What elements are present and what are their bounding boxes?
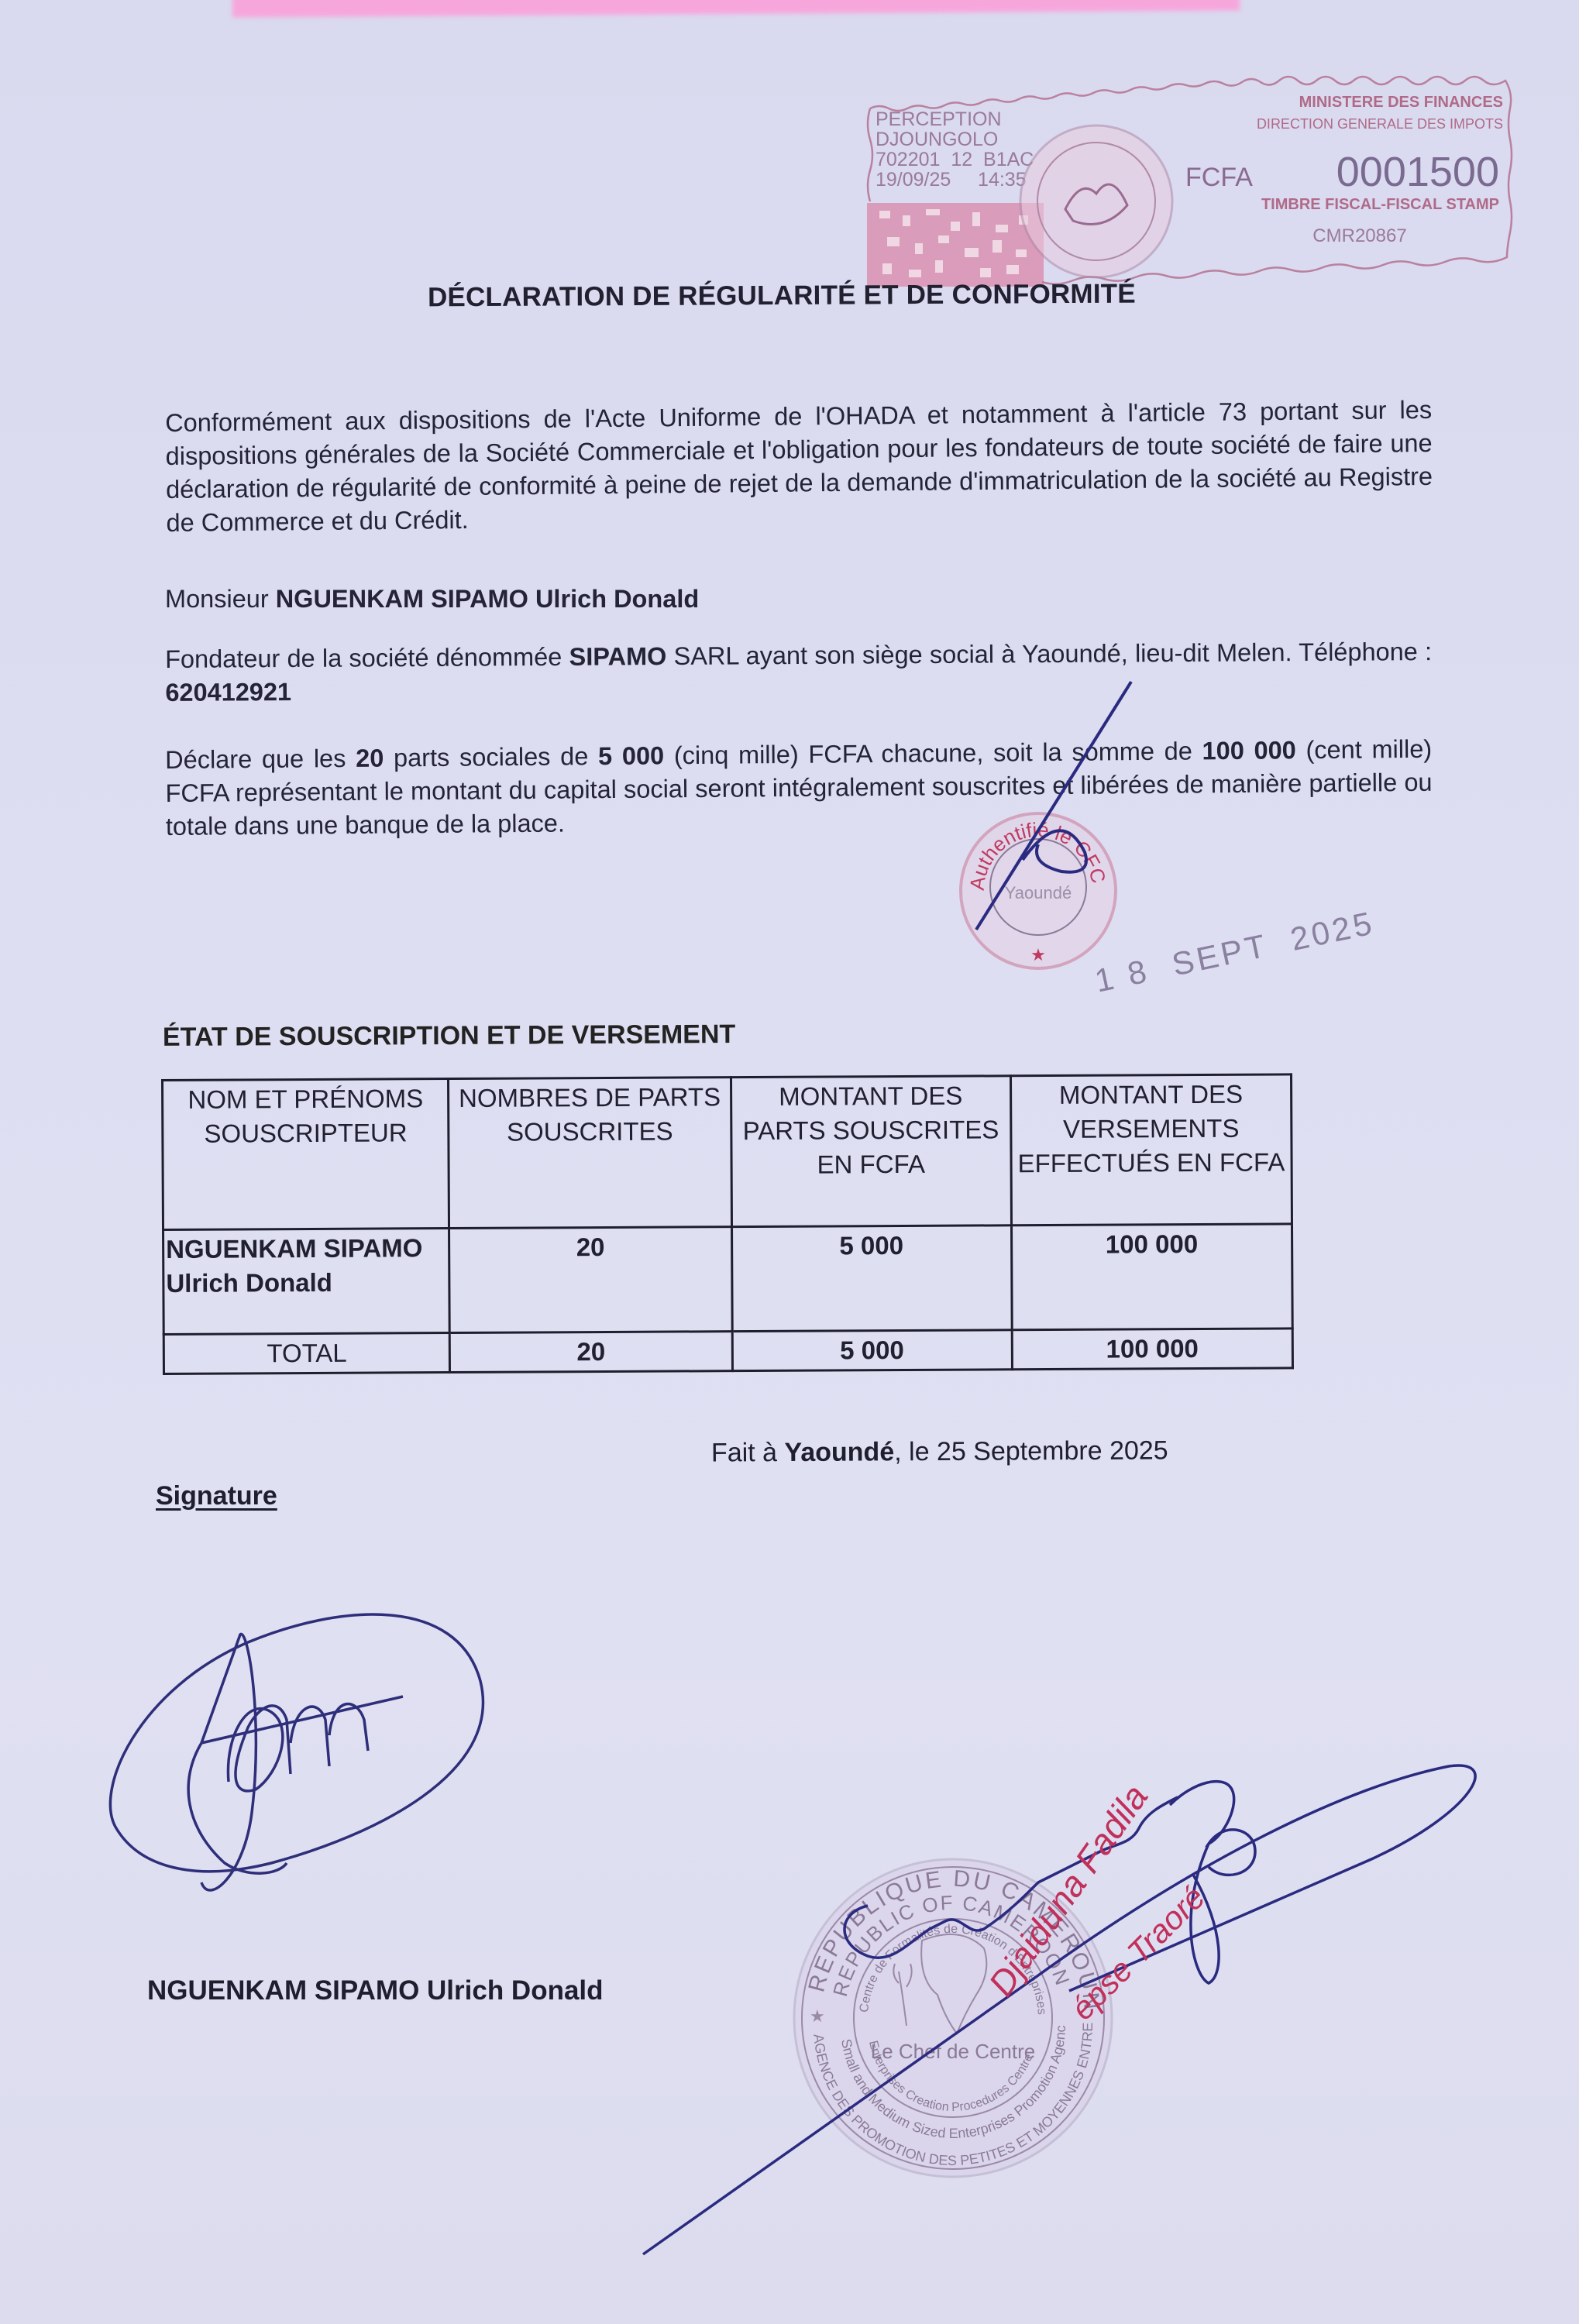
phone-number: 620412921 <box>165 678 291 706</box>
cell-total-shares: 20 <box>450 1332 732 1373</box>
cell-shares-amount: 5 000 <box>731 1226 1012 1332</box>
cell-total-payments: 100 000 <box>1012 1329 1293 1370</box>
place-city: Yaoundé <box>784 1437 894 1467</box>
svg-text:PERCEPTION: PERCEPTION <box>876 108 1002 130</box>
table-row: NGUENKAM SIPAMO Ulrich Donald 20 5 000 1… <box>163 1224 1293 1335</box>
svg-text:CMR20867: CMR20867 <box>1312 225 1406 246</box>
date-text: , le 25 Septembre 2025 <box>894 1435 1168 1466</box>
svg-text:19/09/25 14:35: 19/09/25 14:35 <box>876 169 1027 191</box>
company-name: SIPAMO <box>569 642 666 671</box>
svg-text:MINISTERE DES FINANCES: MINISTERE DES FINANCES <box>1299 94 1503 111</box>
svg-text:0001500: 0001500 <box>1336 149 1499 195</box>
header-subscriber-name: NOM ET PRÉNOMS SOUSCRIPTEUR <box>163 1079 449 1230</box>
fiscal-stamp: PERCEPTION DJOUNGOLO 702201 12 B1AC 19/0… <box>864 77 1522 287</box>
svg-text:702201 12 B1AC: 702201 12 B1AC <box>876 149 1034 170</box>
place-date: Fait à Yaoundé, le 25 Septembre 2025 <box>711 1435 1168 1468</box>
cell-payments-amount: 100 000 <box>1011 1224 1292 1330</box>
cell-total-shares-amount: 5 000 <box>732 1330 1012 1371</box>
cfce-initial-signature <box>968 682 1154 937</box>
cameroon-emblem-icon <box>1020 125 1172 277</box>
declaration-text: Déclare que les <box>165 744 356 774</box>
declarant-line: Monsieur NGUENKAM SIPAMO Ulrich Donald <box>165 583 1432 616</box>
place-prefix: Fait à <box>711 1438 785 1467</box>
svg-text:DJOUNGOLO: DJOUNGOLO <box>876 129 998 150</box>
founder-text: Fondateur de la société dénommée <box>165 643 569 673</box>
header-payments-amount: MONTANT DES VERSEMENTS EFFECTUÉS EN FCFA <box>1010 1074 1292 1226</box>
table-header-row: NOM ET PRÉNOMS SOUSCRIPTEUR NOMBRES DE P… <box>163 1074 1292 1230</box>
signer-name: NGUENKAM SIPAMO Ulrich Donald <box>147 1975 604 2006</box>
declarant-prefix: Monsieur <box>165 585 276 613</box>
official-signature: Djaiduna Fadila épse Traoré <box>635 1743 1472 2270</box>
declarant-name: NGUENKAM SIPAMO Ulrich Donald <box>276 585 700 613</box>
capital-total: 100 000 <box>1202 736 1296 765</box>
founder-paragraph: Fondateur de la société dénommée SIPAMO … <box>165 635 1432 710</box>
star-icon: ★ <box>1030 945 1046 964</box>
header-shares-amount: MONTANT DES PARTS SOUSCRITES EN FCFA <box>731 1076 1011 1227</box>
svg-text:TIMBRE FISCAL-FISCAL STAMP: TIMBRE FISCAL-FISCAL STAMP <box>1261 196 1499 213</box>
cell-shares-count: 20 <box>449 1227 732 1333</box>
founder-signature <box>93 1596 496 1929</box>
founder-text-2: SARL ayant son siège social à Yaoundé, l… <box>666 638 1432 670</box>
signature-label: Signature <box>156 1481 277 1511</box>
cell-total-label: TOTAL <box>163 1333 450 1374</box>
svg-text:épse Traoré: épse Traoré <box>1064 1879 1212 2027</box>
section-title: ÉTAT DE SOUSCRIPTION ET DE VERSEMENT <box>163 1019 735 1053</box>
header-shares-count: NOMBRES DE PARTS SOUSCRITES <box>449 1078 731 1229</box>
svg-text:FCFA: FCFA <box>1185 163 1253 192</box>
shares-count: 20 <box>356 744 384 772</box>
declaration-text-2: parts sociales de <box>384 742 598 772</box>
intro-paragraph: Conformément aux dispositions de l'Acte … <box>165 394 1433 540</box>
declaration-paragraph: Déclare que les 20 parts sociales de 5 0… <box>165 733 1433 844</box>
subscription-table: NOM ET PRÉNOMS SOUSCRIPTEUR NOMBRES DE P… <box>161 1073 1294 1375</box>
svg-text:DIRECTION GENERALE DES IMPOTS: DIRECTION GENERALE DES IMPOTS <box>1257 116 1503 132</box>
document-title: DÉCLARATION DE RÉGULARITÉ ET DE CONFORMI… <box>428 279 1136 314</box>
share-value: 5 000 <box>598 741 664 770</box>
table-total-row: TOTAL 20 5 000 100 000 <box>163 1329 1292 1374</box>
cell-subscriber-name: NGUENKAM SIPAMO Ulrich Donald <box>163 1229 450 1335</box>
